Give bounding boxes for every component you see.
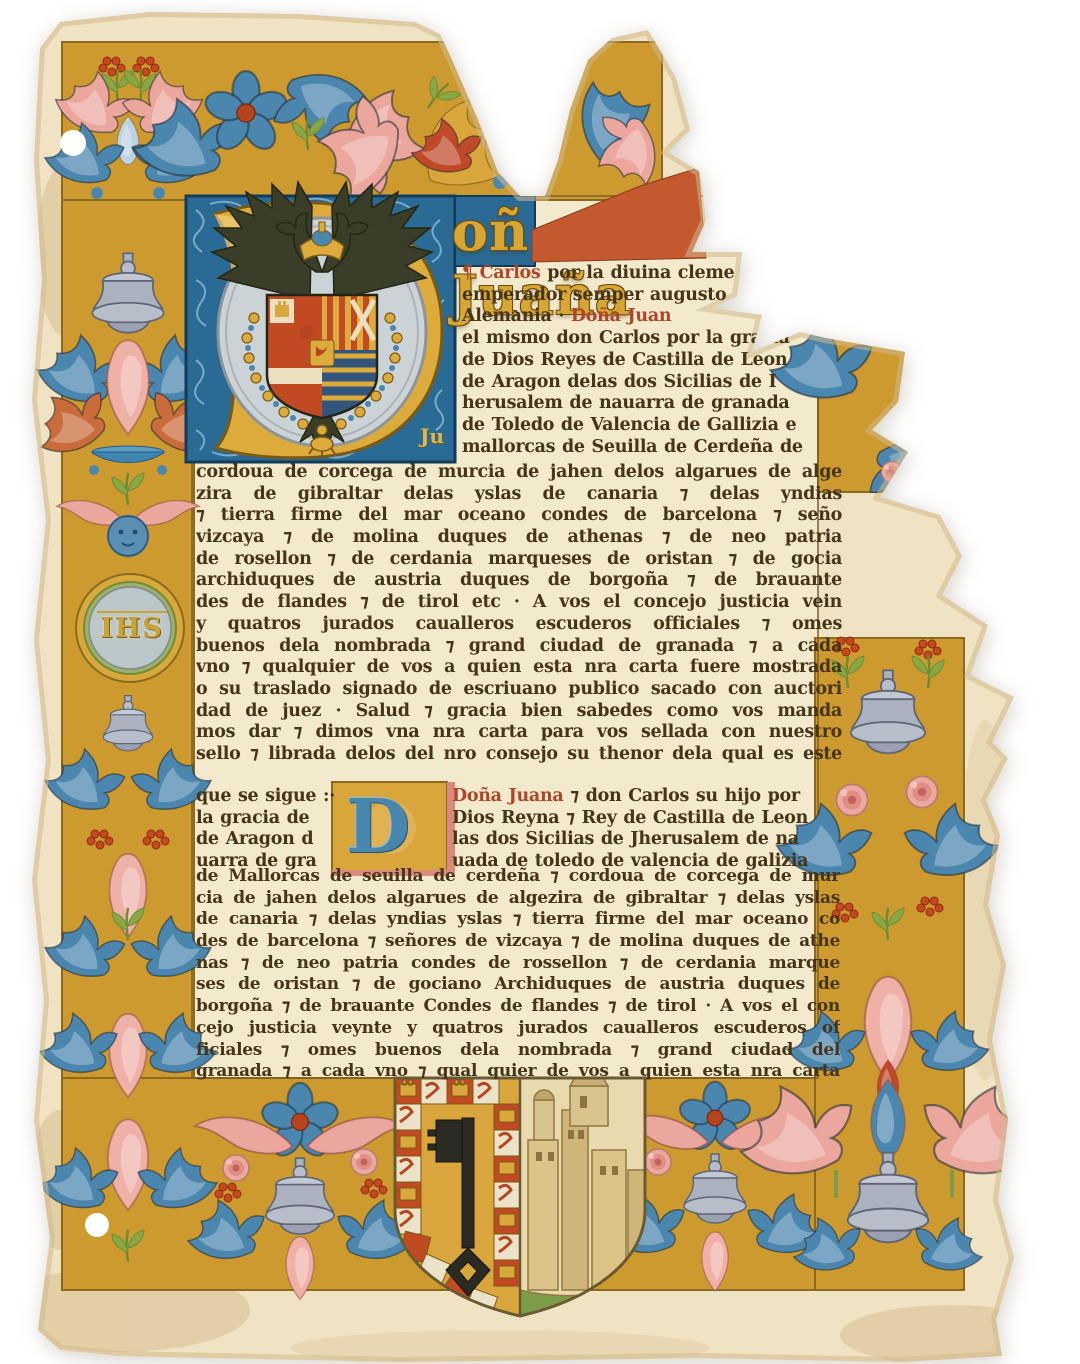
title-display-text: oñ Juaña [452, 199, 722, 263]
text-block-main-upper: cordoua de corcega de murcia de jahen de… [196, 462, 842, 766]
manuscript-line: de Toledo de Valencia de Gallizia e [462, 415, 762, 437]
text-block-beside-initial: ¶ Carlos por la diuina clemeemperador se… [462, 263, 762, 458]
manuscript-line: de rosellon ⁊ de cerdania marqueses de o… [196, 549, 842, 571]
manuscript-line: las dos Sicilias de Jherusalem de na [452, 829, 844, 851]
leaf-shadow-wrap: oñ Juaña D D Ju IHS ¶ Carlos por la diui… [0, 0, 1080, 1364]
manuscript-line: de Aragon delas dos Sicilias de I [462, 372, 762, 394]
manuscript-line: que se sigue :· [196, 786, 330, 808]
manuscript-line: vno ⁊ qualquier de vos a quien esta nra … [196, 657, 842, 679]
manuscript-line: ¶ Carlos por la diuina cleme [462, 263, 762, 285]
manuscript-line: herusalem de nauarra de granada [462, 393, 762, 415]
photo-stage: oñ Juaña D D Ju IHS ¶ Carlos por la diui… [0, 0, 1080, 1364]
manuscript-line: Dios Reyna ⁊ Rey de Castilla de Leon [452, 808, 844, 830]
manuscript-line: de canaria ⁊ delas yndias yslas ⁊ tierra… [196, 909, 840, 931]
manuscript-line: cia de jahen delos algarues de algezira … [196, 888, 840, 910]
manuscript-line: Doña Juana ⁊ don Carlos su hijo por [452, 786, 844, 808]
manuscript-line: zira de gibraltar delas yslas de canaria… [196, 484, 842, 506]
manuscript-line: cordoua de corcega de murcia de jahen de… [196, 462, 842, 484]
manuscript-line: mos dar ⁊ dimos vna nra carta para vos s… [196, 722, 842, 744]
marginal-mark: Ju [420, 424, 444, 448]
manuscript-line: buenos dela nombrada ⁊ grand ciudad de g… [196, 636, 842, 658]
manuscript-line: ⁊ tierra firme del mar oceano condes de … [196, 505, 842, 527]
manuscript-line: nas ⁊ de neo patria condes de rossellon … [196, 953, 840, 975]
manuscript-line: y quatros jurados caualleros escuderos o… [196, 614, 842, 636]
text-block-main-lower: de Mallorcas de seuilla de cerdeña ⁊ cor… [196, 866, 840, 1083]
small-initial-letter: D [346, 786, 442, 872]
manuscript-line: sello ⁊ librada delos del nro consejo su… [196, 744, 842, 766]
punch-hole [85, 1213, 109, 1237]
manuscript-line: archiduques de austria duques de borgoña… [196, 570, 842, 592]
manuscript-line: emperador semper augusto [462, 285, 762, 307]
manuscript-line: Alemania · Doña Juan [462, 306, 762, 328]
manuscript-line: granada ⁊ a cada vno ⁊ qual quier de vos… [196, 1061, 840, 1083]
manuscript-line: mallorcas de Seuilla de Cerdeña de [462, 437, 762, 459]
manuscript-line: borgoña ⁊ de brauante Condes de flandes … [196, 996, 840, 1018]
ihs-monogram: IHS [97, 611, 167, 644]
punch-hole [60, 130, 86, 156]
manuscript-line: de Mallorcas de seuilla de cerdeña ⁊ cor… [196, 866, 840, 888]
habsburg-shield [267, 295, 377, 420]
text-block-left-of-small-initial: que se sigue :·la gracia dede Aragon dua… [196, 786, 330, 873]
manuscript-line: ses de oristan ⁊ de gociano Archiduques … [196, 974, 840, 996]
manuscript-line: de Dios Reyes de Castilla de Leon [462, 350, 762, 372]
manuscript-line: o su traslado signado de escriuano publi… [196, 679, 842, 701]
manuscript-line: vizcaya ⁊ de molina duques de athenas ⁊ … [196, 527, 842, 549]
manuscript-line: dad de juez · Salud ⁊ gracia bien sabede… [196, 701, 842, 723]
manuscript-line: la gracia de [196, 808, 330, 830]
manuscript-line: ficiales ⁊ omes buenos dela nombrada ⁊ g… [196, 1040, 840, 1062]
manuscript-line: el mismo don Carlos por la gracia [462, 328, 762, 350]
manuscript-line: des de barcelona ⁊ señores de vizcaya ⁊ … [196, 931, 840, 953]
manuscript-line: cejo justicia veynte y quatros jurados c… [196, 1018, 840, 1040]
text-block-right-of-small-initial: Doña Juana ⁊ don Carlos su hijo porDios … [452, 786, 844, 873]
manuscript-line: des de flandes ⁊ de tirol etc · A vos el… [196, 592, 842, 614]
manuscript-leaf: oñ Juaña D D Ju IHS ¶ Carlos por la diui… [0, 0, 1080, 1364]
manuscript-line: de Aragon d [196, 829, 330, 851]
